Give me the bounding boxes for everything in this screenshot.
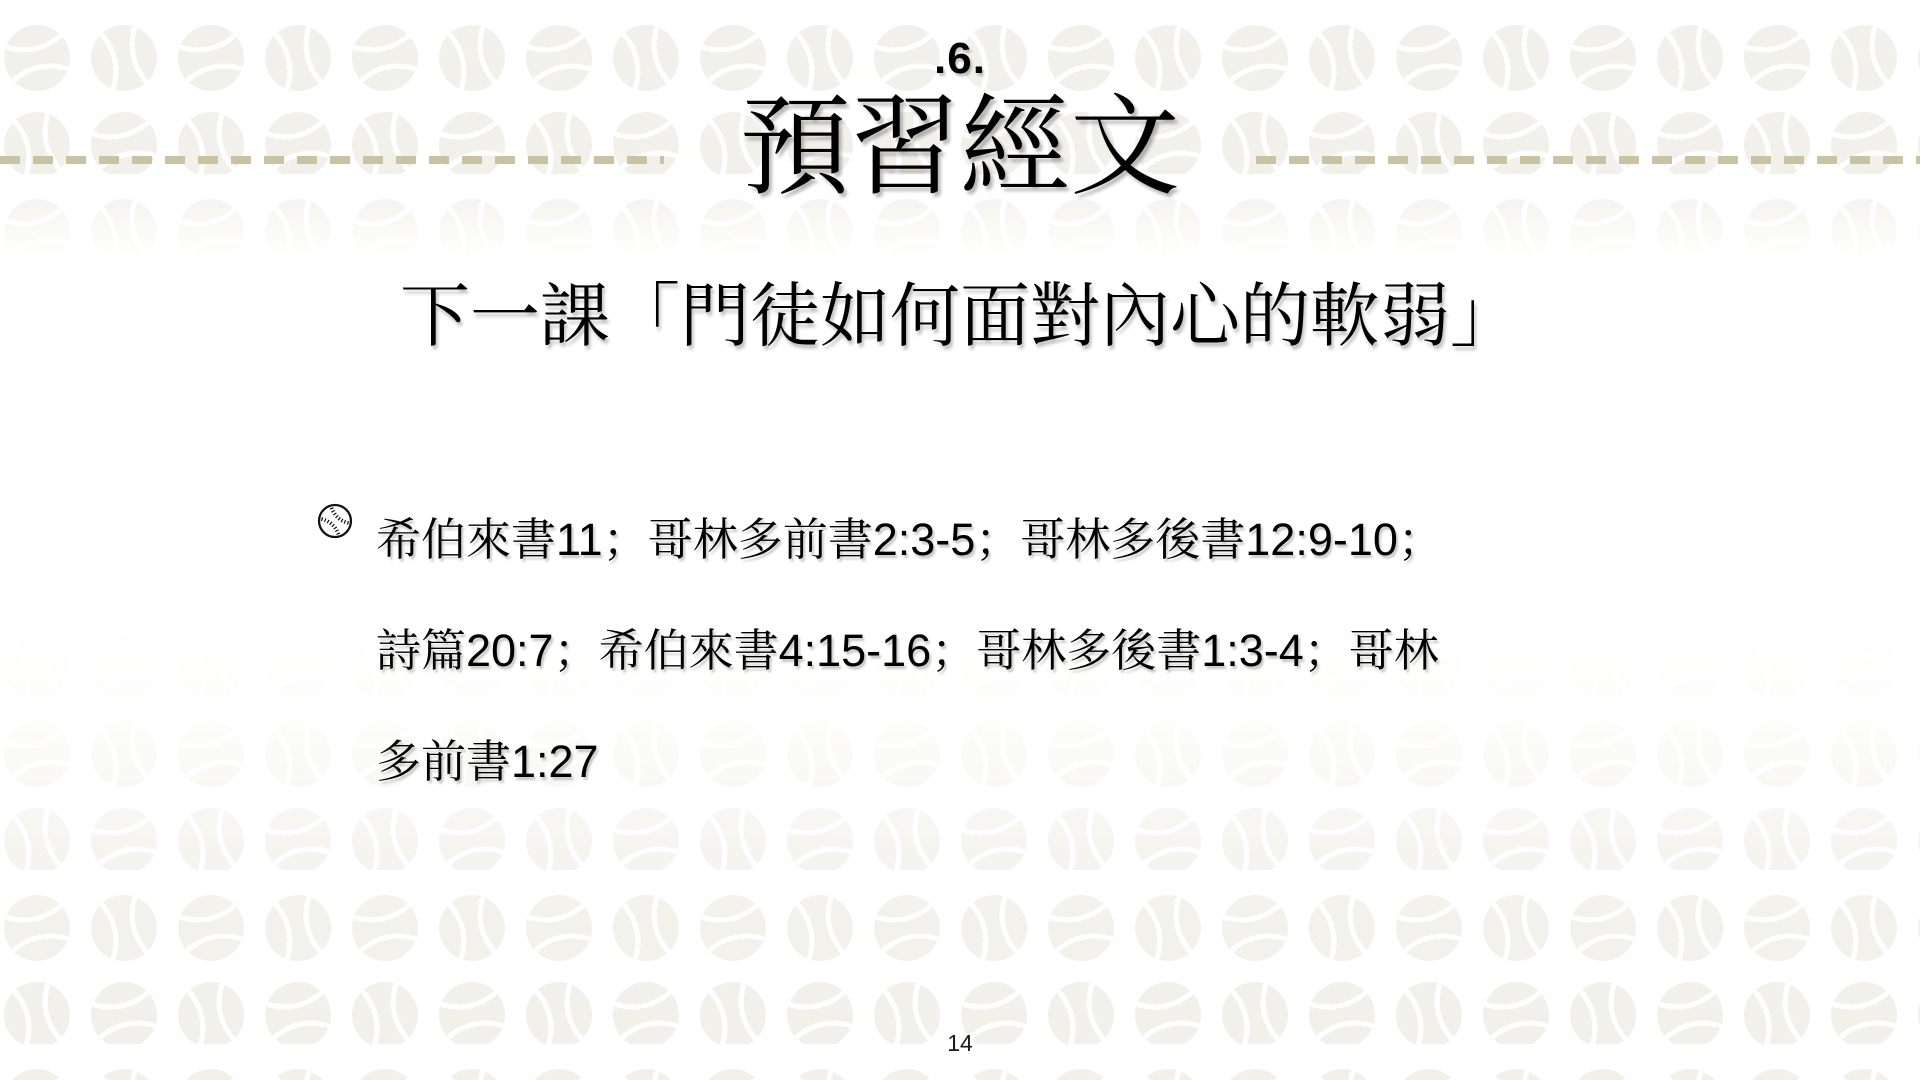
bullet-item: 希伯來書11；哥林多前書2:3-5；哥林多後書12:9-10； 詩篇20:7；希… xyxy=(316,484,1766,817)
page-number: 14 xyxy=(0,1030,1920,1057)
scripture-line-1: 希伯來書11；哥林多前書2:3-5；哥林多後書12:9-10； xyxy=(376,484,1443,595)
scripture-line-2: 詩篇20:7；希伯來書4:15-16；哥林多後書1:3-4；哥林 xyxy=(376,595,1443,706)
scripture-reference-text: 希伯來書11；哥林多前書2:3-5；哥林多後書12:9-10； 詩篇20:7；希… xyxy=(376,484,1443,817)
page-title: 預習經文 xyxy=(0,88,1920,208)
subtitle: 下一課「門徒如何面對內心的軟弱」 xyxy=(0,266,1920,366)
baseball-icon xyxy=(316,502,354,540)
lesson-number: .6. xyxy=(0,34,1920,84)
presentation-slide: .6. 預習經文 下一課「門徒如何面對內心的軟弱」 希伯來書11；哥林多前書2:… xyxy=(0,0,1920,1080)
scripture-line-3: 多前書1:27 xyxy=(376,706,1443,817)
